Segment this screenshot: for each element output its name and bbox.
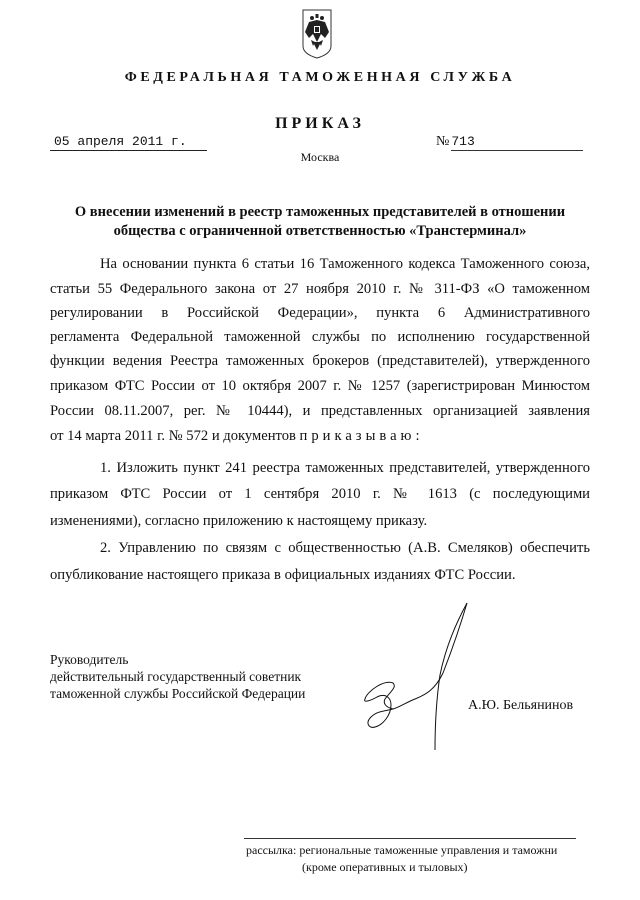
body-line: функции ведения Реестра таможенных броке… xyxy=(50,351,590,371)
signature xyxy=(355,595,495,755)
position-line-3: таможенной службы Российской Федерации xyxy=(50,685,305,702)
body-line: регулировании в Российской Федерации», п… xyxy=(50,303,590,323)
signatory-name: А.Ю. Бельянинов xyxy=(468,698,573,714)
distribution-line-1: рассылка: региональные таможенные управл… xyxy=(246,842,557,859)
body-line: приказом ФТС России от 10 октября 2007 г… xyxy=(50,376,590,396)
body-line: России 08.11.2007, рег. № 10444), и пред… xyxy=(50,401,590,421)
distribution-list: рассылка: региональные таможенные управл… xyxy=(246,842,557,876)
body-line-order: от 14 марта 2011 г. № 572 и документов п… xyxy=(50,426,590,446)
distribution-divider xyxy=(244,838,576,839)
handwritten-signature-icon xyxy=(355,595,495,755)
position-line-2: действительный государственный советник xyxy=(50,668,305,685)
body-line: статьи 55 Федерального закона от 27 нояб… xyxy=(50,279,590,299)
item-2-line: опубликование настоящего приказа в офици… xyxy=(50,565,590,585)
order-body: На основании пункта 6 статьи 16 Таможенн… xyxy=(50,0,590,900)
item-1-line: приказом ФТС России от 1 сентября 2010 г… xyxy=(50,484,590,504)
order-word: приказываю: xyxy=(300,428,424,444)
body-line: от 14 марта 2011 г. № 572 и документов xyxy=(50,428,296,444)
signatory-position: Руководитель действительный государствен… xyxy=(50,651,305,702)
body-line: На основании пункта 6 статьи 16 Таможенн… xyxy=(100,254,590,274)
item-2-line: 2. Управлению по связям с общественность… xyxy=(100,538,590,558)
body-line: регламента Федеральной таможенной службы… xyxy=(50,327,590,347)
position-line-1: Руководитель xyxy=(50,651,305,668)
distribution-line-2: (кроме оперативных и тыловых) xyxy=(246,859,557,876)
item-1-line: 1. Изложить пункт 241 реестра таможенных… xyxy=(100,458,590,478)
item-1-line: изменениями), согласно приложению к наст… xyxy=(50,511,590,531)
